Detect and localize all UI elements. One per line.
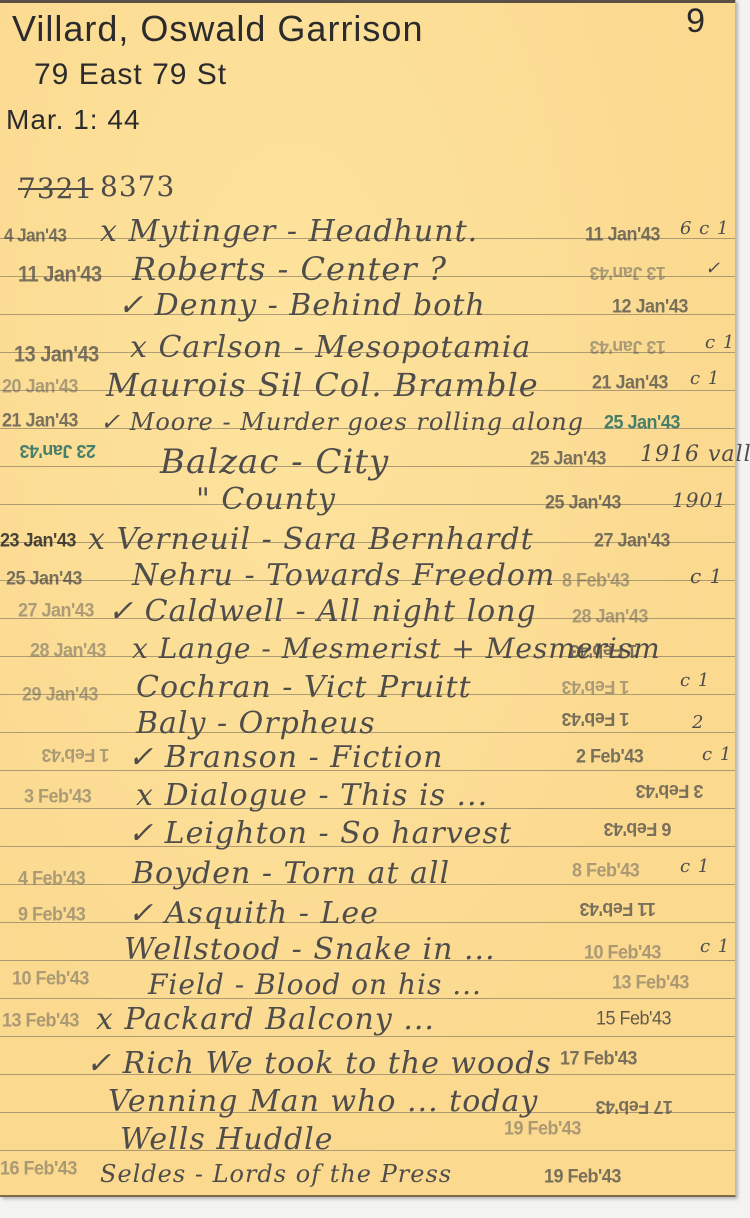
return-date-stamp: 19 Feb'43 — [504, 1117, 581, 1140]
return-date-stamp: 8 Feb'43 — [572, 859, 639, 882]
entry-title: ✓ Branson - Fiction — [128, 740, 444, 775]
return-date-stamp: 13 Feb'43 — [612, 971, 689, 994]
checkout-date-stamp: 28 Jan'43 — [30, 639, 106, 662]
return-date-stamp: 1 Feb'43 — [570, 640, 637, 661]
checkout-date-stamp: 23 Jan'43 — [20, 440, 96, 461]
return-date-stamp: 21 Jan'43 — [592, 371, 668, 394]
checkout-date-stamp: 21 Jan'43 — [2, 409, 78, 432]
checkout-date-stamp: 16 Feb'43 — [0, 1157, 77, 1180]
entry-title: Boyden - Torn at all — [132, 856, 450, 891]
checkout-date-stamp: 10 Feb'43 — [12, 967, 89, 990]
entry-title: ✓ Caldwell - All night long — [108, 594, 537, 629]
return-date-stamp: 3 Feb'43 — [636, 780, 703, 801]
return-date-stamp: 28 Jan'43 — [572, 605, 648, 628]
checkout-date-stamp: 11 Jan'43 — [18, 263, 102, 288]
rule-line — [0, 504, 735, 505]
checkout-date-stamp: 13 Jan'43 — [14, 343, 99, 368]
card-date: Mar. 1: 44 — [6, 104, 141, 136]
entry-title: x Packard Balcony ... — [96, 1002, 435, 1037]
checkout-date-stamp: 3 Feb'43 — [24, 785, 91, 808]
entry-mark: c 1 — [705, 332, 735, 353]
entry-mark: c 1 — [700, 936, 730, 957]
entry-mark: c 1 — [690, 368, 720, 389]
entry-title: Field - Blood on his ... — [148, 968, 482, 1001]
entry-title: ✓ Rich We took to the woods — [86, 1046, 552, 1081]
entry-mark: ✓ — [705, 258, 721, 279]
checkout-date-stamp: 9 Feb'43 — [18, 903, 85, 926]
entry-title: x Mytinger - Headhunt. — [100, 214, 478, 249]
page-number: 9 — [686, 2, 705, 41]
return-date-stamp: 15 Feb'43 — [596, 1007, 671, 1030]
return-date-stamp: 2 Feb'43 — [576, 745, 643, 768]
rule-line — [0, 1150, 735, 1151]
return-date-stamp: 17 Feb'43 — [560, 1047, 637, 1070]
entry-title: Roberts - Center ? — [132, 250, 447, 288]
checkout-date-stamp: 13 Feb'43 — [2, 1009, 79, 1032]
return-date-stamp: 1 Feb'43 — [562, 676, 629, 697]
entry-title: Wells Huddle — [120, 1122, 334, 1157]
patron-address: 79 East 79 St — [34, 58, 227, 92]
entry-title: " County — [196, 482, 336, 517]
entry-title: Cochran - Vict Pruitt — [136, 670, 472, 705]
entry-title: Balzac - City — [160, 442, 389, 482]
return-date-stamp: 12 Jan'43 — [612, 295, 688, 318]
entry-title: Baly - Orpheus — [136, 706, 376, 741]
return-date-stamp: 17 Feb'43 — [596, 1096, 673, 1117]
entry-title: Nehru - Towards Freedom — [132, 558, 555, 593]
entry-mark: 1901 — [672, 488, 727, 512]
card-top-edge — [0, 0, 735, 3]
entry-mark: c 1 — [680, 670, 710, 691]
entry-mark: 1916 valle — [640, 442, 750, 467]
return-date-stamp: 6 Feb'43 — [604, 818, 671, 839]
return-date-stamp: 27 Jan'43 — [594, 529, 670, 552]
return-date-stamp: 1 Feb'43 — [562, 708, 629, 729]
entry-mark: c 1 — [702, 744, 732, 765]
card-number-struck: 7321 — [18, 172, 93, 205]
entry-mark: 6 c 1 — [680, 218, 729, 239]
return-date-stamp: 25 Jan'43 — [604, 411, 680, 434]
return-date-stamp: 19 Feb'43 — [544, 1165, 621, 1188]
return-date-stamp: 8 Feb'43 — [562, 569, 629, 592]
return-date-stamp: 11 Feb'43 — [580, 898, 656, 919]
entry-title: x Carlson - Mesopotamia — [130, 330, 531, 365]
patron-name: Villard, Oswald Garrison — [12, 8, 423, 50]
checkout-date-stamp: 23 Jan'43 — [0, 529, 76, 552]
entry-title: ✓ Asquith - Lee — [128, 896, 379, 931]
return-date-stamp: 10 Feb'43 — [584, 941, 661, 964]
entry-title: Seldes - Lords of the Press — [100, 1160, 452, 1188]
return-date-stamp: 25 Jan'43 — [530, 447, 606, 470]
entry-mark: 2 — [692, 712, 704, 733]
entry-mark: c 1 — [680, 856, 710, 877]
return-date-stamp: 13 Jan'43 — [590, 336, 666, 357]
checkout-date-stamp: 27 Jan'43 — [18, 599, 94, 622]
entry-title: ✓ Denny - Behind both — [118, 288, 486, 323]
checkout-date-stamp: 29 Jan'43 — [22, 683, 98, 706]
entry-title: ✓ Leighton - So harvest — [128, 816, 512, 851]
return-date-stamp: 25 Jan'43 — [545, 491, 621, 514]
return-date-stamp: 13 Jan'43 — [590, 262, 666, 283]
entry-title: ✓ Moore - Murder goes rolling along — [100, 408, 584, 436]
entry-title: x Dialogue - This is ... — [136, 778, 488, 813]
checkout-date-stamp: 4 Feb'43 — [18, 867, 85, 890]
entry-mark: c 1 — [690, 564, 723, 588]
entry-title: Wellstood - Snake in ... — [124, 932, 496, 967]
entry-title: x Verneuil - Sara Bernhardt — [88, 522, 534, 557]
checkout-date-stamp: 1 Feb'43 — [42, 744, 109, 765]
checkout-date-stamp: 20 Jan'43 — [2, 375, 78, 398]
card-number: 8373 — [100, 170, 175, 203]
return-date-stamp: 11 Jan'43 — [585, 223, 660, 246]
checkout-date-stamp: 4 Jan'43 — [4, 225, 66, 247]
entry-title: Venning Man who ... today — [108, 1084, 538, 1119]
library-card: 9 Villard, Oswald Garrison 79 East 79 St… — [0, 0, 736, 1197]
checkout-date-stamp: 25 Jan'43 — [6, 567, 82, 590]
entry-title: Maurois Sil Col. Bramble — [106, 366, 539, 404]
